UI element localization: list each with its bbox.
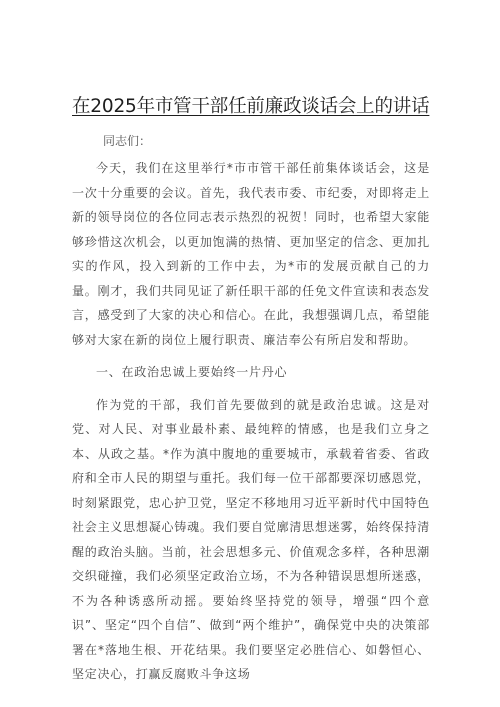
document-body: 今天，我们在这里举行*市市管干部任前集体谈话会，这是一次十分重要的会议。首先，我… <box>72 156 430 687</box>
intro-paragraph: 今天，我们在这里举行*市市管干部任前集体谈话会，这是一次十分重要的会议。首先，我… <box>72 156 430 352</box>
salutation: 同志们： <box>103 132 151 149</box>
section-heading: 一、在政治忠诚上要始终一片丹心 <box>72 360 430 385</box>
section-paragraph: 作为党的干部，我们首先要做到的就是政治忠诚。这是对党、对人民、对事业最朴素、最纯… <box>72 393 430 687</box>
document-title: 在2025年市管干部任前廉政谈话会上的讲话 <box>72 92 432 118</box>
document-page: 在2025年市管干部任前廉政谈话会上的讲话 同志们： 今天，我们在这里举行*市市… <box>0 0 500 707</box>
